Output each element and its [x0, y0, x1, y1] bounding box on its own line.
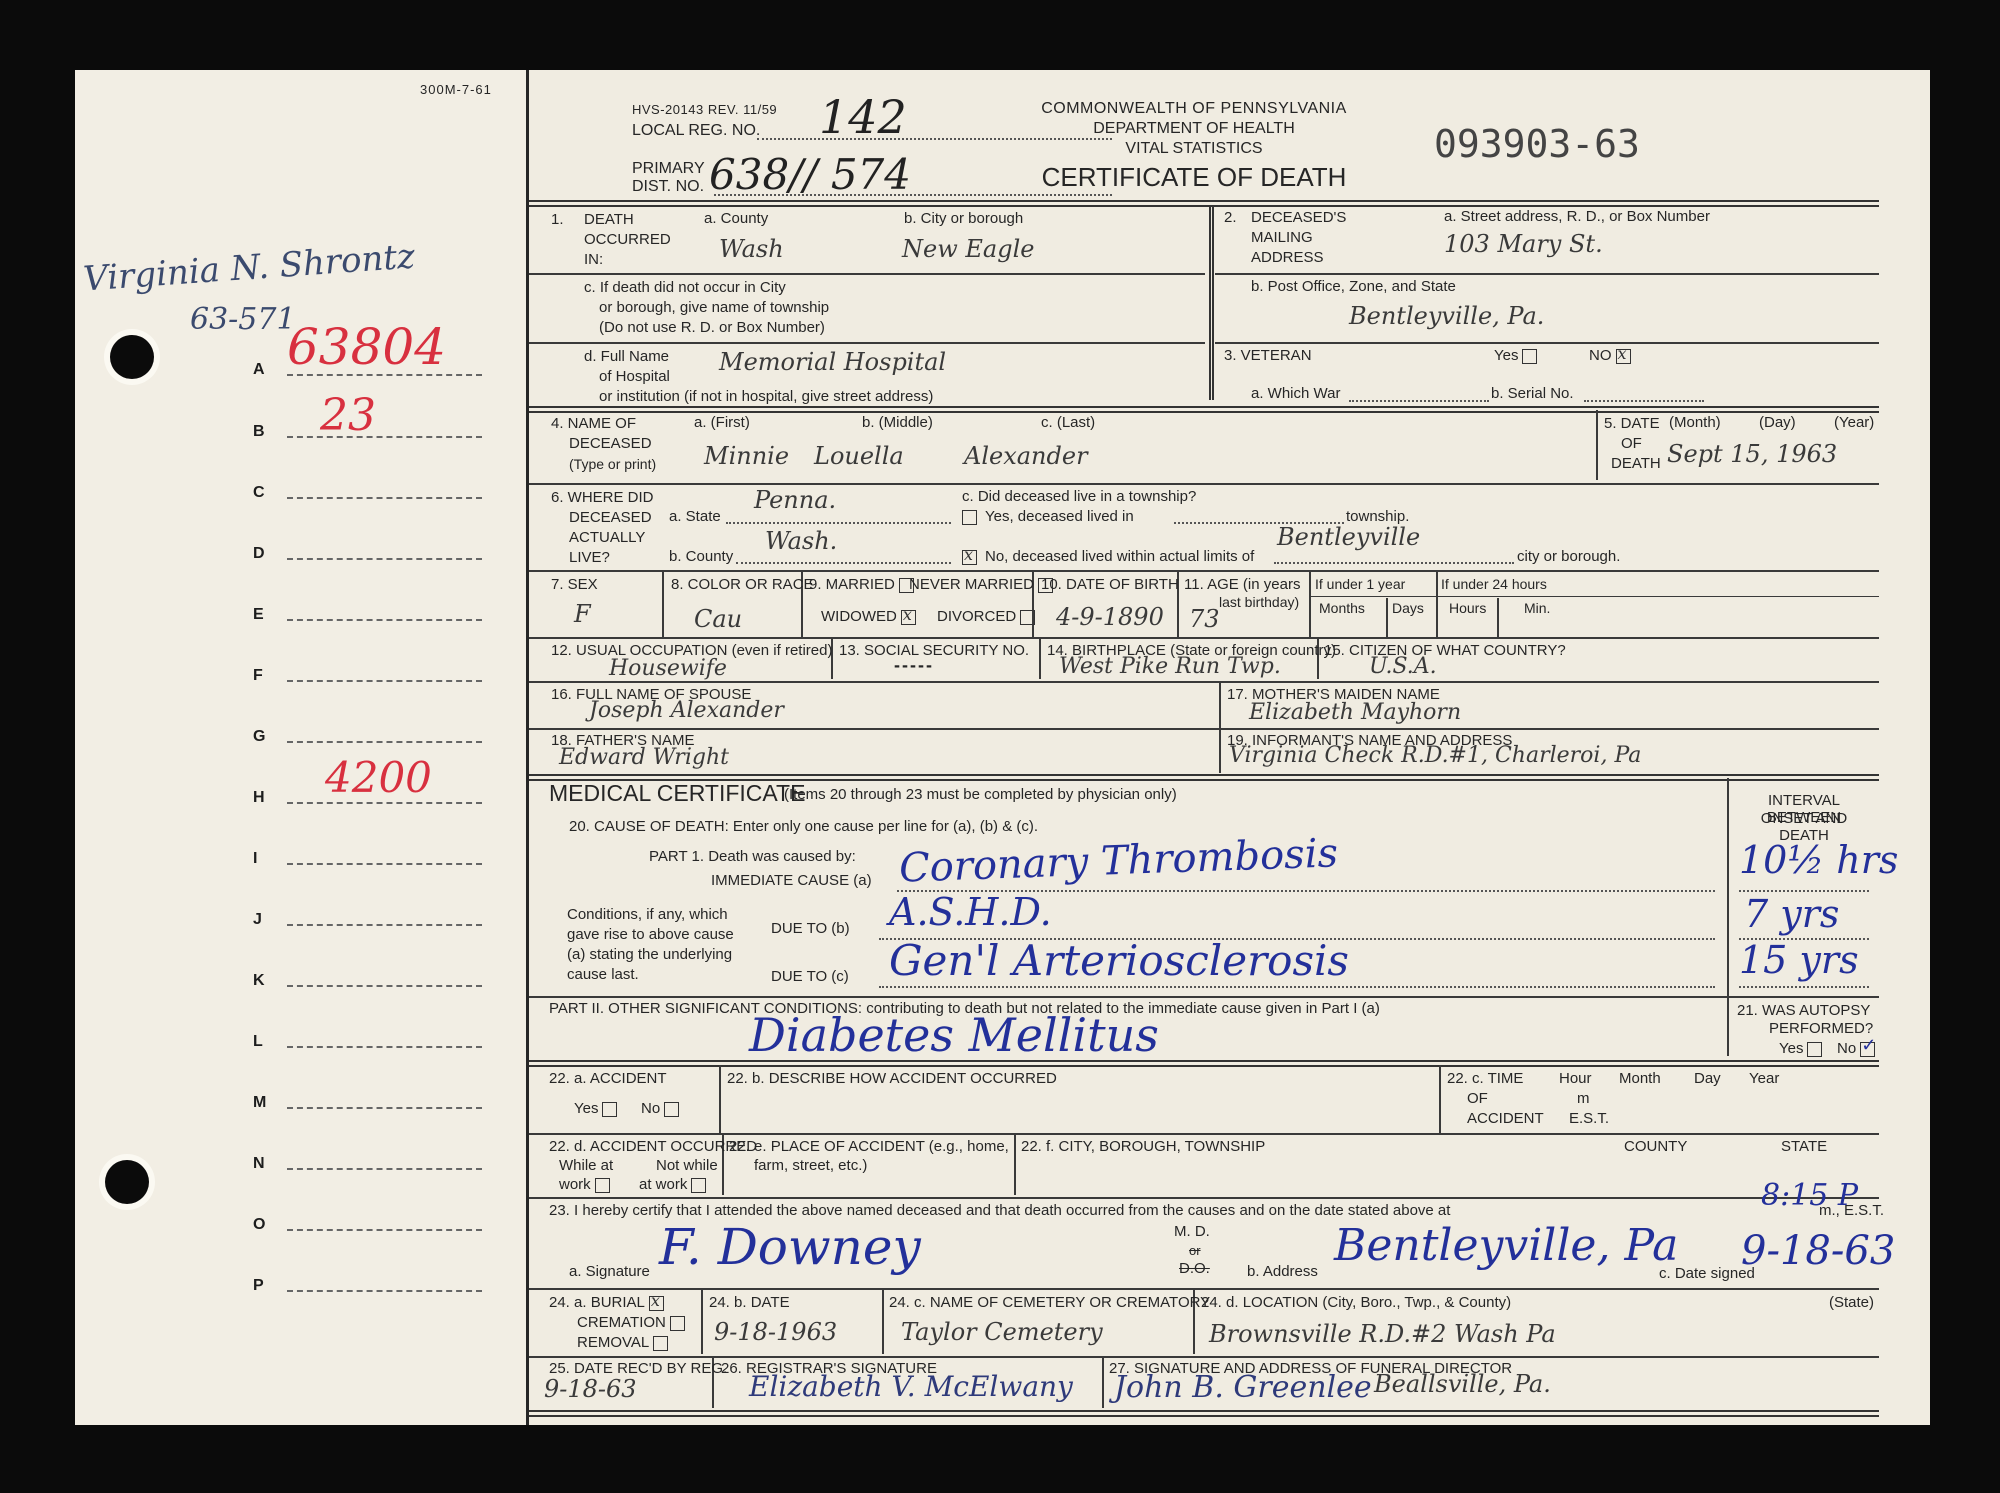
item6-label: ACTUALLY [569, 528, 645, 548]
post-office-value: Bentleyville, Pa. [1349, 302, 1544, 330]
punch-hole [110, 335, 154, 379]
burial-location-label: 24. d. LOCATION (City, Boro., Twp., & Co… [1201, 1294, 1511, 1311]
month-label: (Month) [1669, 414, 1721, 431]
last-name-value: Alexander [964, 442, 1088, 470]
date-received-value: 9-18-63 [544, 1375, 637, 1403]
interval-a-value: 10½ hrs [1739, 838, 1898, 882]
occupation-value: Housewife [609, 656, 727, 681]
item4-label: DECEASED [569, 434, 652, 454]
which-war-label: a. Which War [1251, 385, 1340, 402]
item2-label: DECEASED'S [1251, 208, 1346, 228]
stub-letter-m: M [253, 1094, 266, 1112]
married-option[interactable]: 9. MARRIED [809, 576, 914, 593]
township-label: c. If death did not occur in City [584, 278, 786, 298]
interval-b-value: 7 yrs [1744, 892, 1839, 936]
widowed-checkbox[interactable] [901, 610, 916, 625]
agency-line-2: DEPARTMENT OF HEALTH [994, 120, 1394, 138]
days-label: Days [1392, 600, 1424, 616]
ssn-value: ----- [894, 655, 934, 676]
date-of-death-value: Sept 15, 1963 [1667, 440, 1837, 468]
item5-label: DEATH [1611, 454, 1661, 474]
item2-label: ADDRESS [1251, 248, 1324, 268]
age-label: last birthday) [1219, 594, 1299, 610]
cemetery-label: 24. c. NAME OF CEMETERY OR CREMATORY [889, 1294, 1210, 1311]
burial-location-value: Brownsville R.D.#2 Wash Pa [1209, 1320, 1556, 1348]
township-no-option[interactable]: No, deceased lived within actual limits … [962, 548, 1254, 565]
physician-address-value: Bentleyville, Pa [1334, 1220, 1678, 1271]
conditions-label: (a) stating the underlying [567, 945, 732, 965]
item6-label: 6. WHERE DID [551, 488, 654, 508]
index-stub: 300M-7-61 Virginia N. Shrontz 63-571 A 6… [75, 70, 529, 1425]
last-name-label: c. (Last) [1041, 414, 1095, 431]
township-label: or borough, give name of township [599, 298, 829, 318]
hour-label: Hour [1559, 1070, 1592, 1087]
autopsy-yes-checkbox[interactable] [1807, 1042, 1822, 1057]
township-label: (Do not use R. D. or Box Number) [599, 318, 825, 338]
cremation-option[interactable]: CREMATION [577, 1314, 685, 1331]
date-signed-value: 9-18-63 [1741, 1228, 1895, 1274]
burial-date-value: 9-18-1963 [714, 1318, 837, 1346]
accident-year-label: Year [1749, 1070, 1779, 1087]
residence-county-label: b. County [669, 548, 733, 565]
medical-certificate-note: (Items 20 through 23 must be completed b… [784, 786, 1177, 803]
physician-signature-label: a. Signature [569, 1263, 650, 1280]
burial-date-label: 24. b. DATE [709, 1294, 790, 1311]
item1-label: OCCURRED [584, 230, 671, 250]
interval-c-value: 15 yrs [1739, 938, 1859, 982]
or-label: or [1189, 1243, 1201, 1258]
township-yes-checkbox[interactable] [962, 510, 977, 525]
item5-label: OF [1621, 434, 1642, 454]
cremation-checkbox[interactable] [670, 1316, 685, 1331]
stub-letter-g: G [253, 728, 265, 746]
cemetery-value: Taylor Cemetery [901, 1318, 1103, 1346]
accident-time-label: ACCIDENT [1467, 1110, 1544, 1127]
cause-a-value: Coronary Thrombosis [898, 830, 1338, 891]
dob-value: 4-9-1890 [1056, 603, 1164, 631]
accident-label: 22. a. ACCIDENT [549, 1070, 667, 1087]
informant-value: Virginia Check R.D.#1, Charleroi, Pa [1229, 743, 1641, 768]
agency-line-1: COMMONWEALTH OF PENNSYLVANIA [994, 100, 1394, 118]
city-borough-suffix: city or borough. [1517, 548, 1620, 565]
serial-no-label: b. Serial No. [1491, 385, 1574, 402]
item6-label: DECEASED [569, 508, 652, 528]
time-suffix: m., E.S.T. [1819, 1202, 1884, 1219]
stub-value-a: 63804 [287, 318, 446, 376]
conditions-label: gave rise to above cause [567, 925, 734, 945]
middle-name-value: Louella [814, 442, 904, 470]
hospital-label: of Hospital [599, 367, 670, 387]
burial-state-label: (State) [1829, 1294, 1874, 1311]
burial-option[interactable]: 24. a. BURIAL [549, 1294, 664, 1311]
do-label: D.O. [1179, 1260, 1210, 1277]
sex-value: F [574, 600, 591, 628]
while-at-work-checkbox[interactable] [595, 1178, 610, 1193]
item6-label: LIVE? [569, 548, 610, 568]
residence-state-label: a. State [669, 508, 721, 525]
father-name-value: Edward Wright [559, 745, 729, 770]
death-city-value: New Eagle [902, 235, 1034, 263]
stub-letter-l: L [253, 1033, 263, 1051]
ssn-label: 13. SOCIAL SECURITY NO. [839, 642, 1029, 659]
local-reg-label: LOCAL REG. NO. [632, 122, 760, 140]
agency-line-3: VITAL STATISTICS [994, 140, 1394, 158]
certificate-title: CERTIFICATE OF DEATH [949, 162, 1439, 193]
accident-no-option[interactable]: No [641, 1100, 679, 1117]
not-at-work-checkbox[interactable] [691, 1178, 706, 1193]
months-label: Months [1319, 600, 1365, 616]
accident-day-label: Day [1694, 1070, 1721, 1087]
dob-label: 10. DATE OF BIRTH [1041, 576, 1179, 593]
veteran-no-checkbox[interactable] [1616, 349, 1631, 364]
stub-letter-o: O [253, 1216, 265, 1234]
death-certificate-form: HVS-20143 REV. 11/59 LOCAL REG. NO. 142 … [529, 70, 1930, 1425]
stub-handwritten-name: Virginia N. Shrontz [82, 236, 416, 299]
hours-label: Hours [1449, 600, 1486, 616]
removal-option[interactable]: REMOVAL [577, 1334, 668, 1351]
certification-text: 23. I hereby certify that I attended the… [549, 1202, 1450, 1219]
accident-description-label: 22. b. DESCRIBE HOW ACCIDENT OCCURRED [727, 1070, 1057, 1087]
part1-label: PART 1. Death was caused by: [649, 848, 856, 865]
accident-month-label: Month [1619, 1070, 1661, 1087]
m-label: m [1577, 1090, 1590, 1107]
immediate-cause-label: IMMEDIATE CAUSE (a) [711, 872, 872, 889]
spouse-value: Joseph Alexander [589, 698, 784, 723]
cause-of-death-label: 20. CAUSE OF DEATH: Enter only one cause… [569, 818, 1038, 835]
not-at-work-option[interactable]: at work [639, 1176, 706, 1193]
year-label: (Year) [1834, 414, 1874, 431]
not-while-at-work-label: Not while [656, 1157, 718, 1174]
stub-value-b: 23 [320, 390, 376, 441]
widowed-option[interactable]: WIDOWED [821, 608, 916, 625]
place-of-accident-label: 22. e. PLACE OF ACCIDENT (e.g., home, [729, 1138, 1009, 1155]
item2-label: MAILING [1251, 228, 1313, 248]
stub-letter-f: F [253, 667, 263, 685]
accident-occurred-label: 22. d. ACCIDENT OCCURRED [549, 1138, 757, 1155]
item4-label: 4. NAME OF [551, 414, 636, 434]
item1-label: IN: [584, 250, 603, 270]
citizenship-label: 15. CITIZEN OF WHAT COUNTRY? [1324, 642, 1566, 659]
autopsy-label: 21. WAS AUTOPSY [1737, 1002, 1870, 1019]
stub-letter-c: C [253, 484, 265, 502]
item1-number: 1. [551, 210, 564, 230]
autopsy-label: PERFORMED? [1769, 1020, 1873, 1037]
autopsy-no-checkbox[interactable] [1860, 1042, 1875, 1057]
item4-label: (Type or print) [569, 454, 656, 474]
funeral-director-signature: John B. Greenlee [1114, 1370, 1372, 1405]
burial-checkbox[interactable] [649, 1296, 664, 1311]
removal-checkbox[interactable] [653, 1336, 668, 1351]
accident-time-label: 22. c. TIME [1447, 1070, 1523, 1087]
hospital-label: d. Full Name [584, 347, 669, 367]
under-24-hours-label: If under 24 hours [1441, 576, 1547, 592]
first-name-label: a. (First) [694, 414, 750, 431]
autopsy-no-option[interactable]: No [1837, 1040, 1875, 1057]
veteran-yes-checkbox[interactable] [1522, 349, 1537, 364]
accident-yes-checkbox[interactable] [602, 1102, 617, 1117]
veteran-yes[interactable]: Yes [1494, 347, 1537, 364]
autopsy-yes-option[interactable]: Yes [1779, 1040, 1822, 1057]
punch-hole [105, 1160, 149, 1204]
form-id: HVS-20143 REV. 11/59 [632, 102, 777, 117]
never-married-option[interactable]: NEVER MARRIED [909, 576, 1053, 593]
accident-yes-option[interactable]: Yes [574, 1100, 617, 1117]
local-reg-value: 142 [819, 90, 907, 144]
funeral-director-address: Beallsville, Pa. [1374, 1370, 1551, 1398]
divorced-checkbox[interactable] [1020, 610, 1035, 625]
day-label: (Day) [1759, 414, 1796, 431]
item2-number: 2. [1224, 208, 1237, 228]
township-no-checkbox[interactable] [962, 550, 977, 565]
due-to-b-label: DUE TO (b) [771, 920, 850, 937]
sex-label: 7. SEX [551, 576, 598, 593]
certificate-page: 300M-7-61 Virginia N. Shrontz 63-571 A 6… [75, 70, 1930, 1425]
stub-letter-n: N [253, 1155, 265, 1173]
residence-county-value: Wash. [765, 527, 837, 555]
stub-letter-b: B [253, 423, 265, 441]
residence-state-value: Penna. [754, 486, 836, 514]
accident-time-label: OF [1467, 1090, 1488, 1107]
race-label: 8. COLOR OR RACE [671, 576, 814, 593]
stub-letter-h: H [253, 789, 265, 807]
citizenship-value: U.S.A. [1369, 654, 1437, 679]
stub-letter-p: P [253, 1277, 264, 1295]
hospital-label: or institution (if not in hospital, give… [599, 387, 933, 407]
stub-letter-d: D [253, 545, 265, 563]
death-county-value: Wash [719, 235, 784, 263]
md-label: M. D. [1174, 1223, 1210, 1240]
stub-handwritten-number: 63-571 [190, 302, 296, 337]
under-1-year-label: If under 1 year [1315, 576, 1405, 592]
birthplace-value: West Pike Run Twp. [1059, 654, 1281, 679]
part2-value: Diabetes Mellitus [749, 1008, 1159, 1062]
divorced-option[interactable]: DIVORCED [937, 608, 1035, 625]
conditions-label: cause last. [567, 965, 639, 985]
primary-label: PRIMARY [632, 160, 705, 178]
stub-form-code: 300M-7-61 [420, 82, 492, 97]
first-name-value: Minnie [704, 442, 789, 470]
due-to-c-label: DUE TO (c) [771, 968, 849, 985]
while-at-work-option[interactable]: work [559, 1176, 610, 1193]
registrar-signature: Elizabeth V. McElwany [749, 1370, 1073, 1403]
stub-letter-a: A [253, 361, 265, 379]
age-label: 11. AGE (in years [1184, 576, 1300, 593]
accident-county-label: COUNTY [1624, 1138, 1687, 1155]
cause-c-value: Gen'l Arteriosclerosis [889, 936, 1349, 985]
stub-letter-j: J [253, 911, 262, 929]
physician-signature: F. Downey [659, 1218, 921, 1276]
physician-address-label: b. Address [1247, 1263, 1318, 1280]
post-office-label: b. Post Office, Zone, and State [1251, 278, 1456, 295]
item5-label: 5. DATE [1604, 414, 1660, 434]
accident-city-label: 22. f. CITY, BOROUGH, TOWNSHIP [1021, 1138, 1265, 1155]
veteran-label: 3. VETERAN [1224, 347, 1312, 364]
item1-label: DEATH [584, 210, 634, 230]
hospital-value: Memorial Hospital [719, 348, 946, 376]
stub-letter-e: E [253, 606, 264, 624]
township-question: c. Did deceased live in a township? [962, 488, 1196, 505]
limits-value: Bentleyville [1277, 523, 1420, 551]
street-value: 103 Mary St. [1444, 230, 1603, 258]
est-label: E.S.T. [1569, 1110, 1609, 1127]
state-file-number: 093903-63 [1434, 122, 1640, 166]
middle-name-label: b. (Middle) [862, 414, 933, 431]
conditions-label: Conditions, if any, which [567, 905, 728, 925]
mother-maiden-name-value: Elizabeth Mayhorn [1249, 700, 1461, 725]
township-yes-option[interactable]: Yes, deceased lived in [962, 508, 1134, 525]
race-value: Cau [694, 605, 742, 633]
stub-letter-i: I [253, 850, 257, 868]
death-city-label: b. City or borough [904, 210, 1023, 227]
street-label: a. Street address, R. D., or Box Number [1444, 208, 1710, 225]
accident-no-checkbox[interactable] [664, 1102, 679, 1117]
stub-letter-k: K [253, 972, 265, 990]
stub-value-h: 4200 [325, 753, 432, 802]
while-at-work-label: While at [559, 1157, 613, 1174]
place-of-accident-label: farm, street, etc.) [754, 1157, 867, 1174]
min-label: Min. [1524, 600, 1550, 616]
dist-no-label: DIST. NO. [632, 178, 704, 196]
veteran-no[interactable]: NO [1589, 347, 1631, 364]
dist-no-value: 638// 574 [709, 150, 911, 199]
medical-certificate-title: MEDICAL CERTIFICATE [549, 780, 805, 807]
age-value: 73 [1189, 605, 1220, 633]
death-county-label: a. County [704, 210, 768, 227]
accident-state-label: STATE [1781, 1138, 1827, 1155]
cause-b-value: A.S.H.D. [889, 890, 1052, 934]
